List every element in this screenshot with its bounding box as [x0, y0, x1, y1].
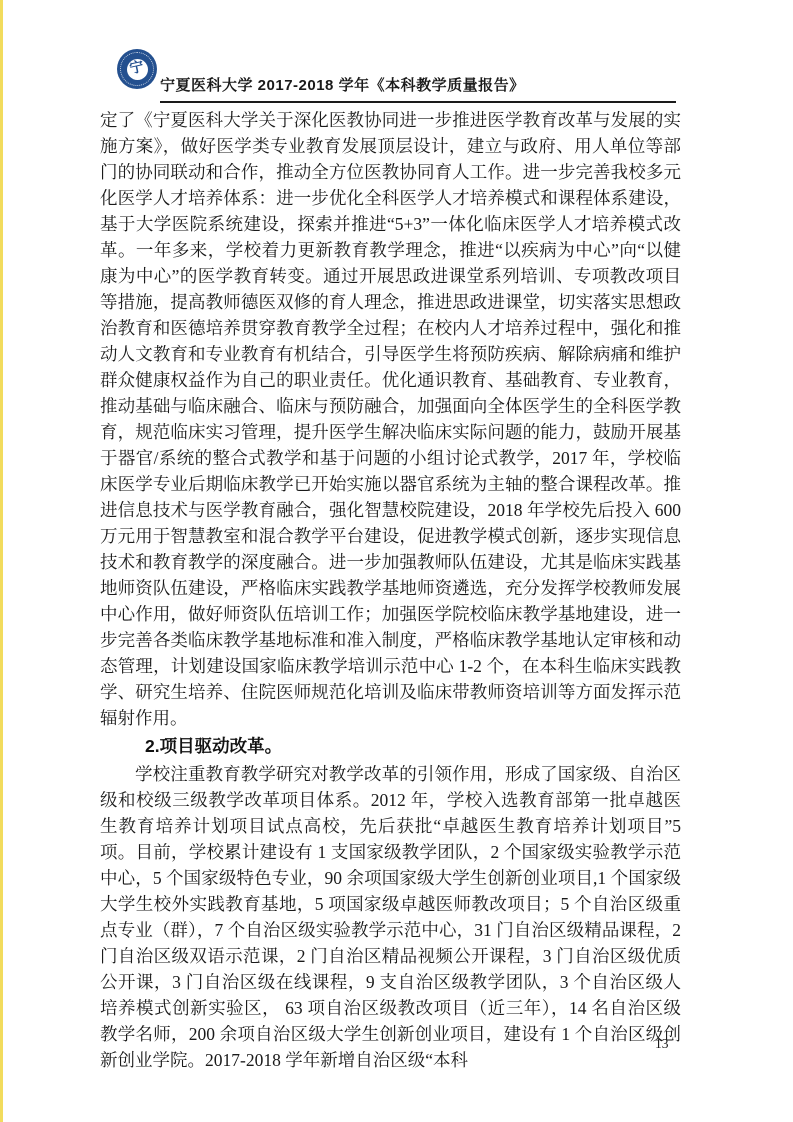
university-seal-icon: 宁: [117, 49, 157, 89]
left-edge-accent-stripe: [0, 0, 3, 1122]
document-header-title: 宁夏医科大学 2017-2018 学年《本科教学质量报告》: [160, 77, 525, 94]
page-number: 13: [655, 1036, 669, 1052]
section-heading-project-driven-reform: 2.项目驱动改革。: [100, 731, 681, 761]
paragraph-continuation: 定了《宁夏医科大学关于深化医教协同进一步推进医学教育改革与发展的实施方案》，做好…: [100, 107, 681, 731]
document-page: 宁 宁夏医科大学 2017-2018 学年《本科教学质量报告》 定了《宁夏医科大…: [0, 0, 793, 1122]
header-rule: 宁夏医科大学 2017-2018 学年《本科教学质量报告》: [160, 74, 676, 103]
paragraph-project-driven-reform: 学校注重教育教学研究对教学改革的引领作用，形成了国家级、自治区级和校级三级教学改…: [100, 761, 681, 1073]
seal-glyph: 宁: [129, 61, 146, 78]
document-body: 定了《宁夏医科大学关于深化医教协同进一步推进医学教育改革与发展的实施方案》，做好…: [100, 107, 681, 1073]
